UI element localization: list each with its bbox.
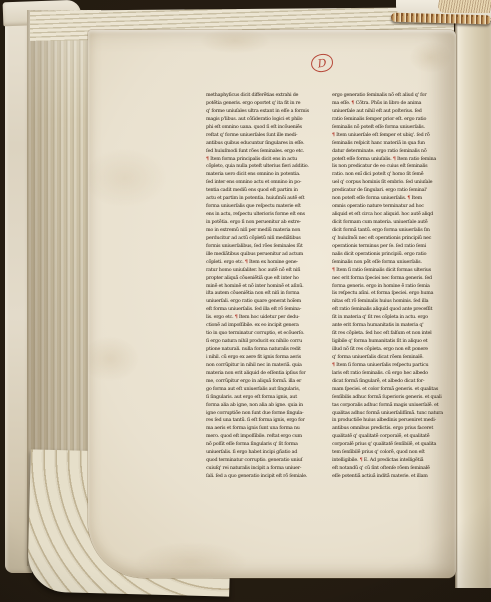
rubric-pilcrow: ¶ [206, 156, 209, 162]
text-line: materia non erit aliquid de eſſentia ipſ… [206, 370, 325, 378]
text-line: q' forma uniuerſalis dicat rõem ſeminalẽ… [332, 354, 451, 362]
facing-page-gutter-edge [455, 22, 491, 588]
text-line: nec erit forma ſpeciei nec forma generis… [332, 275, 451, 283]
text-line: mero. quod eſt impoſſibile. reſtat ergo … [206, 433, 325, 441]
text-line: uniuerſali. ergo ratio quare generat hoĩ… [206, 298, 325, 306]
text-line: ille mediãtibus quibus peruenitur ad act… [206, 251, 325, 259]
text-line: ctionẽ ad impoſſibile. ex eo incipit gen… [206, 322, 325, 330]
text-line: ergo generatio ſeminalis nõ eſt aliud q'… [332, 92, 451, 100]
text-line: non corrũpitur in nihil nec in materiã. … [206, 362, 325, 370]
text-line: cõpleti. ergo etc. ¶ Item ex homine gene… [206, 259, 325, 267]
text-line: eſſe potentiã actiuã inditã materie. et … [332, 473, 451, 481]
text-line: ſeminalis non põt eſſe forma uniuerſalis… [332, 259, 451, 267]
headcap-fringe [437, 0, 491, 13]
text-line: q' forme uniuſales ultra extant in eſſe … [206, 108, 325, 116]
text-line: qualitas adhuc formã uniuerſaliſſimã. tu… [332, 410, 451, 418]
text-line: ſi ſingularis. aut ergo eſt forma ignis,… [206, 394, 325, 402]
text-line: eſt notandũ q' cũ ſint oſtenſe rõem ſemi… [332, 465, 451, 473]
text-line: ſit res cõpleta. ſed hoc eſt falſum et n… [332, 330, 451, 338]
text-line: antibus quibus educuntur ſingulares in e… [206, 140, 325, 148]
text-line: ¶ Item ſi ratio ſeminalis dicit formas u… [332, 267, 451, 275]
text-line: ratio. non enĩ dici poteſt q' homo ſit ſ… [332, 171, 451, 179]
rubric-pilcrow: ¶ [351, 100, 354, 106]
text-line: ſi ergo natura nihil producit ex nihilo … [206, 338, 325, 346]
rubric-pilcrow: ¶ [332, 362, 335, 368]
text-line: forma uniuerſalis que reſpectu materie e… [206, 203, 325, 211]
text-line: cuiuſq' rei naturalis incipit a forma un… [206, 465, 325, 473]
text-line: tem ſenſibilẽ prius q' colorẽ, quod non … [332, 449, 451, 457]
text-line: operationis terminus per ſe. ſed ratio ſ… [332, 243, 451, 251]
text-line: ens in actu, reſpectu ulterioris forme e… [206, 211, 325, 219]
text-line: datur determinate. ergo ratio ſeminalis … [332, 148, 451, 156]
text-line: methaphyſicus dicit differẽtias extrahi … [206, 92, 325, 100]
text-line: in potẽtia. ergo ſi non peruenitur ab ex… [206, 219, 325, 227]
text-line: me, corrũpitur ergo in aliquã formã. ill… [206, 378, 325, 386]
text-line: mo in extremũ niſi per mediũ materia non [206, 227, 325, 235]
text-line: ¶ Item ſi forma uniuerſalis reſpectu par… [332, 362, 451, 370]
text-line: non poteſt eſſe forma uniuerſalis. ¶ Ite… [332, 195, 451, 203]
text-line: aliquid et eſt circa hoc aliquid. hoc au… [332, 211, 451, 219]
text-column-left: methaphyſicus dicit differẽtias extrahi … [206, 92, 325, 481]
quire-letter: D [317, 56, 327, 70]
rubric-pilcrow: ¶ [332, 132, 335, 138]
text-line: forma generis. ergo in homine ẽ ratio ſe… [332, 283, 451, 291]
text-line: ſeminalis reſpicit hanc materiã in qua f… [332, 140, 451, 148]
text-line: igne corruptiõe non ſunt due forme ſingu… [206, 410, 325, 418]
text-line: corporalẽ prius q' qualitatẽ ſenſibilẽ, … [332, 441, 451, 449]
text-line: in productiõe huius albedinis perueniret… [332, 417, 451, 425]
text-line: tentia cadit mediũ ens quod eſt partim i… [206, 187, 325, 195]
text-line: actu et partim in potentia. huiuſmõi aut… [206, 195, 325, 203]
text-line: potẽtia generis. ergo oportet q' ita fit… [206, 100, 325, 108]
text-line: ma eſſe. ¶ Cõtra. Phũs in libro de anima [332, 100, 451, 108]
text-line: eſt forma uniuerſalis. ſed illa eſt rõ ſ… [206, 306, 325, 314]
text-line: predicatur de ſingulari. ergo ratio ſemi… [332, 187, 451, 195]
text-block: methaphyſicus dicit differẽtias extrahi … [206, 92, 452, 481]
text-line: laris eſt ratio ſeminalis. cũ ergo hec a… [332, 370, 451, 378]
text-line: nõ poſſit eſſe forma ſingularis q' ſit f… [206, 441, 325, 449]
text-line: lis non predicatur de eo cuius eſt ſemin… [332, 163, 451, 171]
text-line: materia uero dicit ens omnino in potenti… [206, 171, 325, 179]
text-line: q' huiuſmõi nec eſt operationis principi… [332, 235, 451, 243]
rubric-pilcrow: ¶ [235, 314, 238, 320]
rubric-pilcrow: ¶ [393, 156, 396, 162]
text-line: forma alia ab igne, non alia ab igne. qu… [206, 402, 325, 410]
book-photo: D methaphyſicus dicit differẽtias extrah… [0, 0, 491, 602]
rubric-pilcrow: ¶ [360, 457, 363, 463]
text-line: ratio ſeminalis ſemper prior eſt. ergo r… [332, 116, 451, 124]
text-line: phi eſt omnino uana. quod ſi eſt incõuen… [206, 124, 325, 132]
text-line: illud nõ ſit res cõpleta. ergo non eſt p… [332, 346, 451, 354]
text-line: uel q' corpus hominis ſit embrio. ſed un… [332, 179, 451, 187]
text-line: omnis operatio nature terminatur ad hoc [332, 203, 451, 211]
text-line: propter aliquã cõueniẽtiã que eſt inter … [206, 275, 325, 283]
text-line: perducitur ad actũ cõpletũ niſi mediãtib… [206, 235, 325, 243]
text-line: dicit formam cum materia. uniuerſale aut… [332, 219, 451, 227]
text-line: ligibile q' forma humanitatis ſit in ali… [332, 338, 451, 346]
text-line: magis p'libus. aut cõſideratio logici et… [206, 116, 325, 124]
rubric-pilcrow: ¶ [245, 259, 248, 265]
text-line: uniuerſale aut nihil eſt aut poſterius. … [332, 108, 451, 116]
text-line: ante erit forma humanitatis in materia q… [332, 322, 451, 330]
text-line: ſeminalis nõ poteſt eſſe forma uniuerſal… [332, 124, 451, 132]
text-line: tas corporalis adhuc formã magis uniuerſ… [332, 402, 451, 410]
text-line: ſit in materia q' ſit res cõpleta in act… [332, 314, 451, 322]
text-line: ſali. ſed a quo generatio incipit eſt rõ… [206, 473, 325, 481]
text-line: ſenſibilis adhuc formã ſuperioris generi… [332, 394, 451, 402]
text-line: iſta autem cõueniẽtia non eſt niſi in fo… [206, 290, 325, 298]
text-line: reſtat q' forme uniuerſales ſunt ille me… [206, 132, 325, 140]
text-line: minẽ et hominẽ et nõ inter hominẽ et aſi… [206, 283, 325, 291]
text-line: ma aeris et forma ignis ſunt una forma n… [206, 425, 325, 433]
text-line: quod terminatur corruptio. generatio uni… [206, 457, 325, 465]
text-line: tio in quo terminatur corruptio, et ecõu… [206, 330, 325, 338]
text-line: ¶ Item uniuerſale eſt ſemper et ubiq'. ſ… [332, 132, 451, 140]
text-line: poteſt eſſe forma uniuſalis. ¶ Item rati… [332, 156, 451, 164]
text-line: res ſed una tantũ. ſi eſt forma ignis, e… [206, 417, 325, 425]
text-line: intelligibile. ¶ E. Ad predictas intelli… [332, 457, 451, 465]
text-line: nalis dicit operationis principiũ. ergo … [332, 251, 451, 259]
text-line: formis uniuerſalibus, ſed rões ſeminales… [206, 243, 325, 251]
text-column-right: ergo generatio ſeminalis nõ eſt aliud q'… [332, 92, 451, 481]
text-line: ptione naturali. nulla forma naturalis r… [206, 346, 325, 354]
text-line: ratur homo uniuſaliter. hoc autẽ nõ eſt … [206, 267, 325, 275]
text-line: i nihil. cũ ergo ex aere fit ignis forma… [206, 354, 325, 362]
text-line: lis. ergo etc. ¶ Item hoc uidetur per de… [206, 314, 325, 322]
text-line: lis reſpectu aſini. et forma ſpeciei. er… [332, 290, 451, 298]
text-line: ſed huiuſmodi ſunt rões ſeminales. ergo … [206, 148, 325, 156]
text-line: ſed inter ens omnino actu et omnino in p… [206, 179, 325, 187]
text-line: cõpleto, quia nulla poteſt ulterius fier… [206, 163, 325, 171]
text-line: go forma aut eſt uniuerſalis aut ſingula… [206, 386, 325, 394]
text-line: nitas eſt rõ ſeminalis huius hominis. ſe… [332, 298, 451, 306]
text-line: qualitatẽ q' qualitatẽ corporalẽ, et qua… [332, 433, 451, 441]
text-line: mam ſpeciei. et color formã generis. et … [332, 386, 451, 394]
text-line: uniuerſalis. ſi ergo habet incipi gñatio… [206, 449, 325, 457]
text-line: antibus omnibus predictis. ergo prius fa… [332, 425, 451, 433]
text-line: dicat formã ſingularẽ, et albedo dicat f… [332, 378, 451, 386]
text-line: ¶ Item forma principalis dicit ens in ac… [206, 156, 325, 164]
text-line: dicit formã tantũ. ergo forma uniuerſali… [332, 227, 451, 235]
rubric-pilcrow: ¶ [407, 195, 410, 201]
rubric-pilcrow: ¶ [332, 267, 335, 273]
text-line: eſt ratio ſeminalis aliquid quod ante pr… [332, 306, 451, 314]
